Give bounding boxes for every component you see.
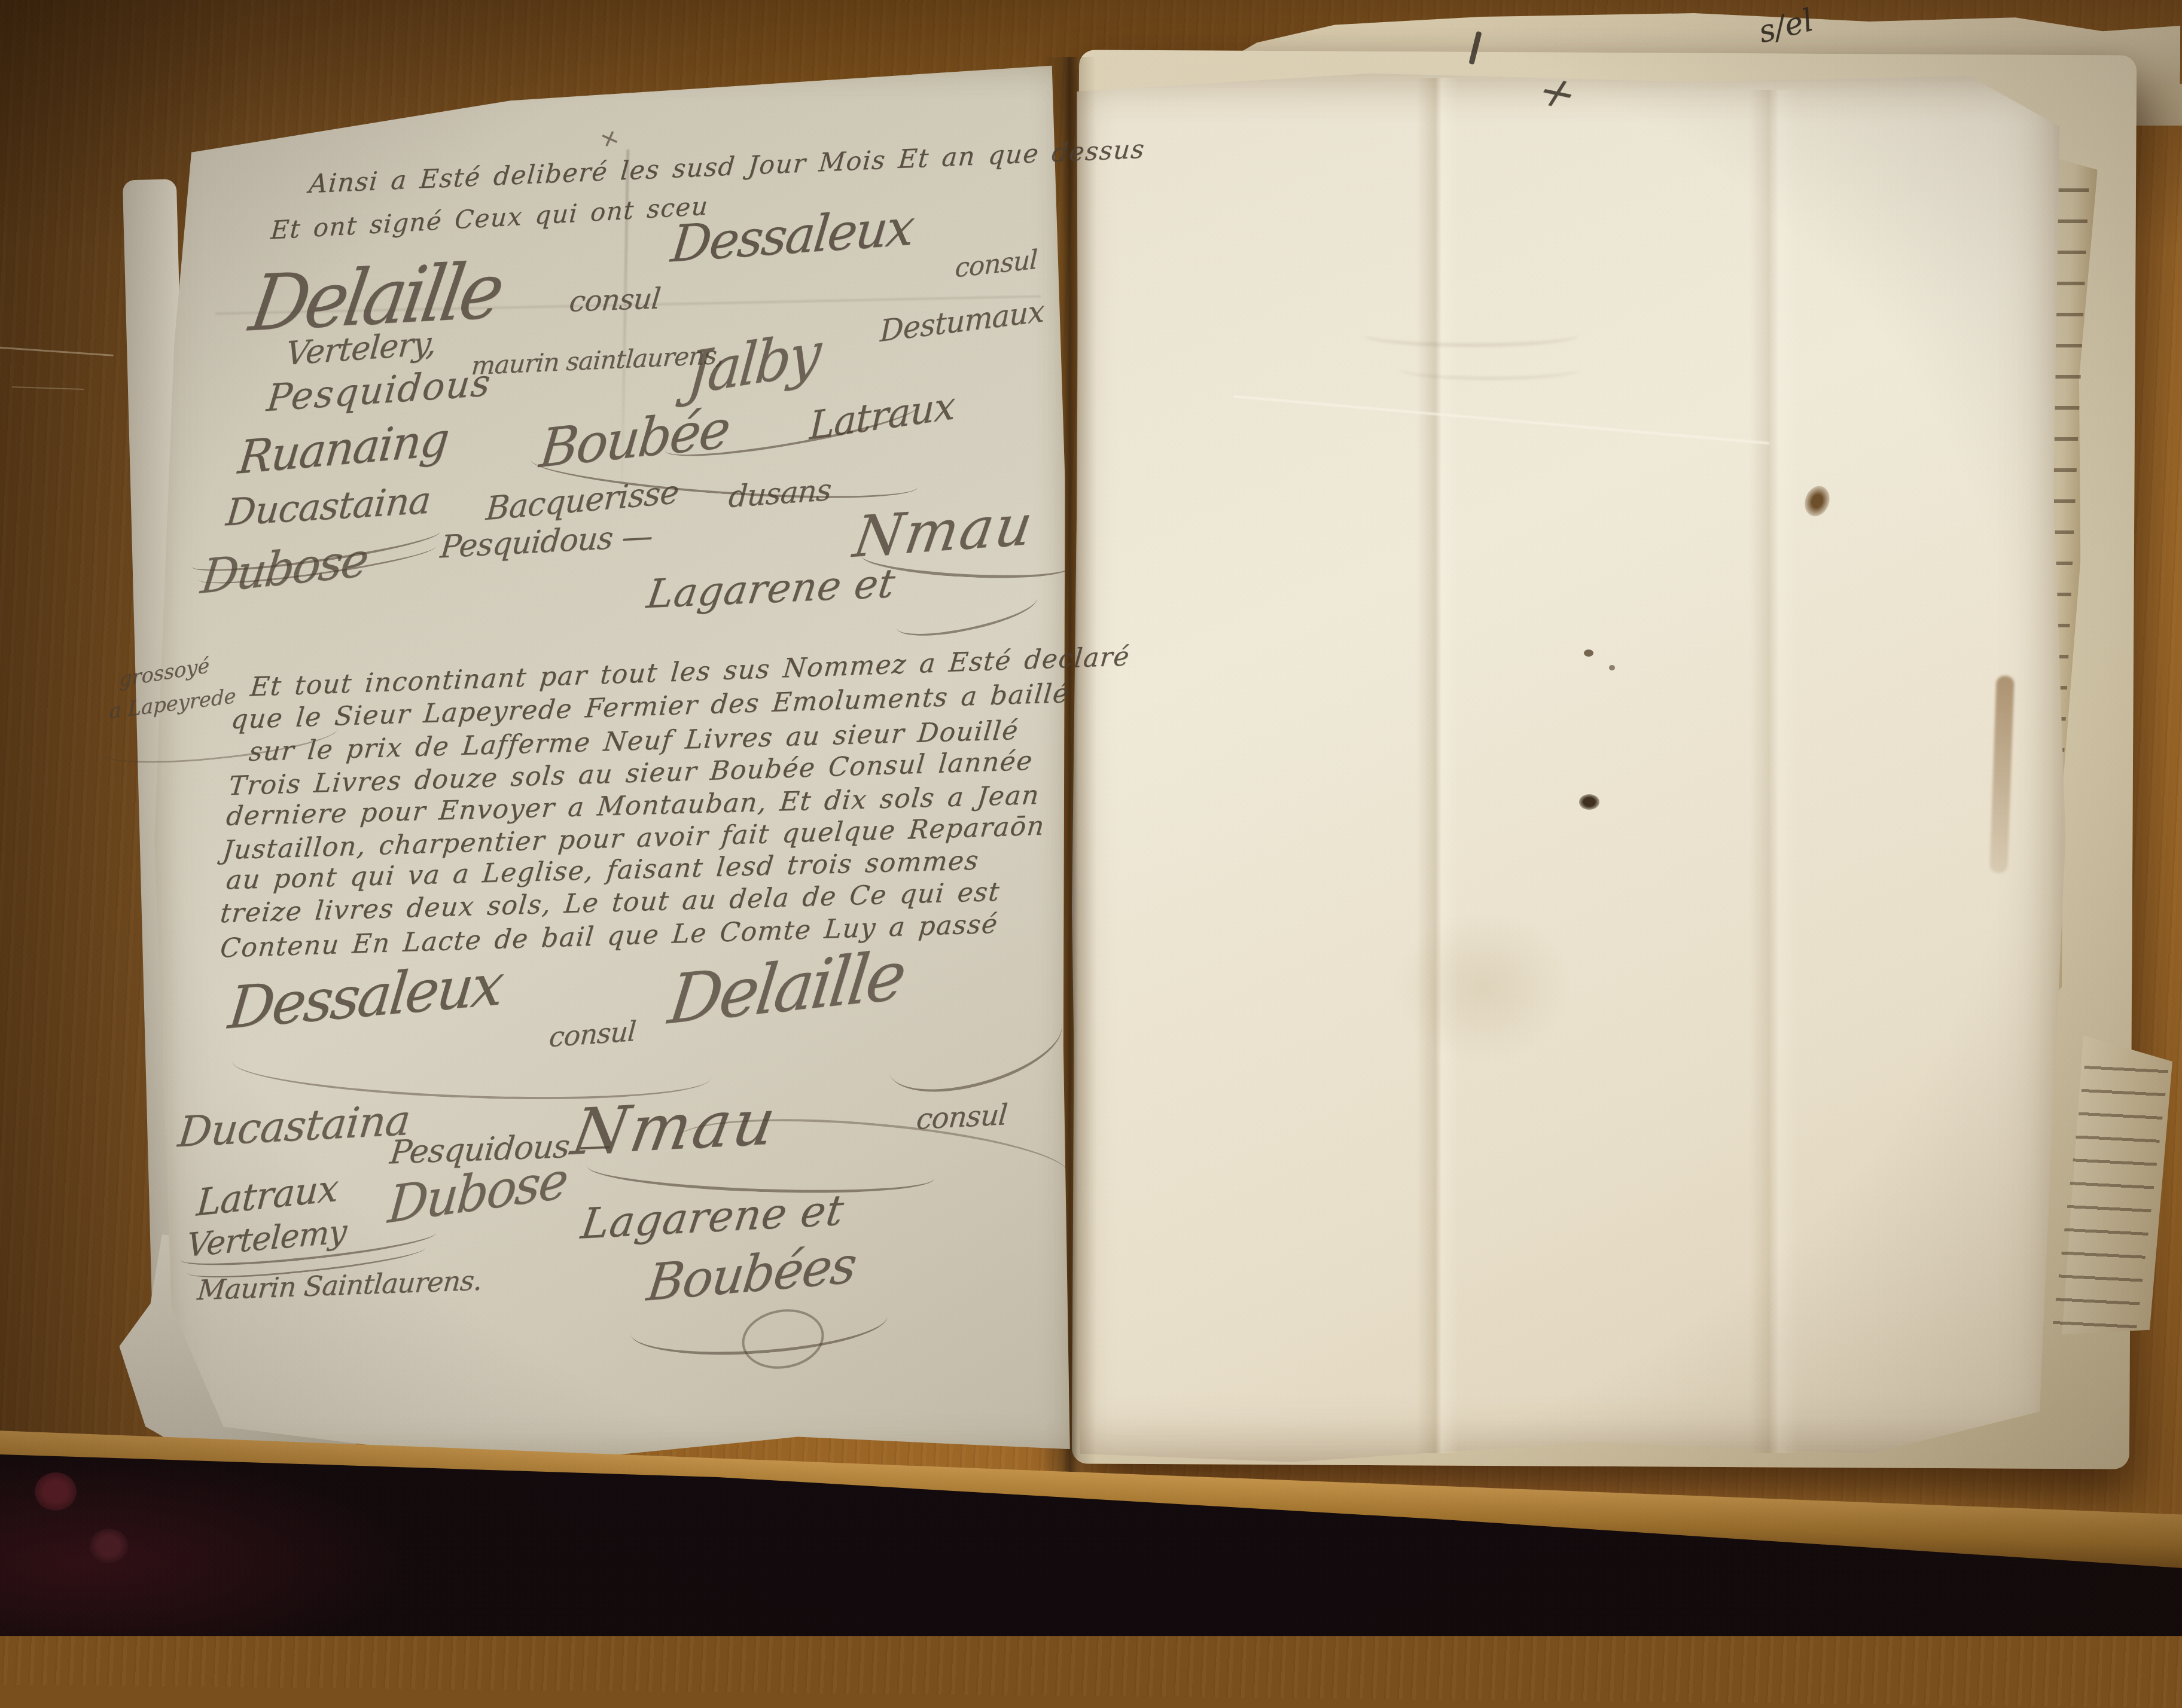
signature-consul-upper-1: consul <box>955 247 1038 282</box>
signature-ducastaina-lower: Ducastaina <box>176 1099 412 1154</box>
signature-vertelery-upper: Vertelery, <box>285 327 437 370</box>
margin-note-line-2: a Lapeyrede <box>109 686 236 722</box>
signature-pesquidous-upper-1: Pesquidous <box>265 364 493 417</box>
signature-nmau-upper: Nmau <box>850 497 1038 566</box>
signature-boubees-lower: Boubées <box>644 1239 858 1309</box>
ink-flourish-boubees-circle <box>738 1303 829 1375</box>
signature-pesquidous-upper-2: Pesquidous — <box>439 521 654 563</box>
signature-lagarene-upper: Lagarene et <box>644 564 898 615</box>
signature-lagarene-lower: Lagarene et <box>578 1189 846 1245</box>
signature-maurin-upper: maurin saintlaurens, <box>471 343 725 379</box>
photo-scene: + s/el + Ainsi a Esté deliberé les susd … <box>0 0 2182 1636</box>
signature-dessaleux-lower: Dessaleux <box>226 955 505 1037</box>
signature-maurin-lower: Maurin Saintlaurens. <box>196 1267 483 1304</box>
signature-dessaleux-upper: Dessaleux <box>669 202 915 269</box>
signature-latraux-upper: Latraux <box>809 386 955 446</box>
signature-dubose-upper: Dubose <box>199 536 370 601</box>
signature-consul-lower-2: consul <box>915 1100 1008 1134</box>
signature-dusans: dusans <box>727 475 832 512</box>
handwriting-layer: + Ainsi a Esté deliberé les susd Jour Mo… <box>0 0 2182 1636</box>
signature-latraux-lower: Latraux <box>195 1169 339 1222</box>
intro-line-1: Ainsi a Esté deliberé les susd Jour Mois… <box>308 137 1146 198</box>
signature-consul-upper-2: consul <box>568 284 662 316</box>
left-page-top-mark: + <box>595 123 624 154</box>
intro-line-2: Et ont signé Ceux qui ont sceu <box>270 193 709 243</box>
signature-boubee-upper: Boubée <box>537 402 731 476</box>
margin-note-line-1: grossoyé <box>119 655 210 690</box>
signature-ducastaina-upper: Ducastaina <box>224 481 432 531</box>
ink-flourish-delaille-tail <box>879 987 1072 1109</box>
signature-destumaux: Destumaux <box>880 296 1044 346</box>
ink-flourish-lagarene-upper <box>893 581 1041 645</box>
signature-delaille-lower: Delaille <box>665 941 907 1034</box>
signature-ruanaing: Ruanaing <box>236 416 450 481</box>
signature-consul-lower-1: consul <box>548 1017 637 1051</box>
